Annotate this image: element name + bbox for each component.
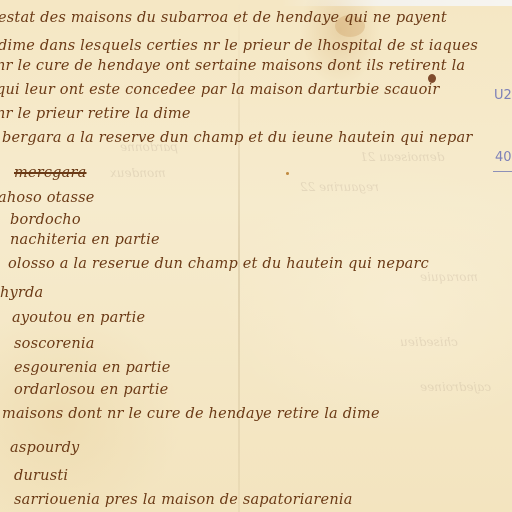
manuscript-line: sarriouenia pres la maison de sapatoriar… — [14, 492, 353, 508]
paper-top-edge — [0, 0, 512, 6]
manuscript-line: durusti — [14, 468, 68, 484]
reference-underline — [493, 171, 512, 172]
manuscript-line: bordocho — [10, 212, 81, 228]
manuscript-line: dime dans lesquels certies nr le prieur … — [0, 38, 478, 54]
ink-speck — [286, 172, 289, 175]
manuscript-line: hyrda — [0, 285, 43, 301]
reverse-bleed-through: chisedieu — [400, 335, 458, 349]
manuscript-line: soscorenia — [14, 336, 95, 352]
reference-number: 40 — [495, 150, 512, 165]
reverse-bleed-through: cajedroinee — [420, 380, 491, 394]
manuscript-line: ordarlosou en partie — [14, 382, 168, 398]
manuscript-line: maisons dont nr le cure de hendaye retir… — [2, 406, 380, 422]
manuscript-line: ayoutou en partie — [12, 310, 145, 326]
manuscript-line: olosso a la reserue dun champ et du haut… — [8, 256, 429, 272]
reverse-bleed-through: regaurine 22 — [300, 180, 379, 194]
manuscript-line: esgourenia en partie — [14, 360, 171, 376]
manuscript-line: nr le cure de hendaye ont sertaine maiso… — [0, 58, 465, 74]
reverse-bleed-through: demoiseau 21 — [360, 150, 444, 164]
manuscript-line: ahoso otasse — [0, 190, 95, 206]
manuscript-line: nachiteria en partie — [10, 232, 160, 248]
struck-line: mercgara — [14, 165, 87, 181]
manuscript-page: pardonne mondeux demoiseau 21 regaurine … — [0, 0, 512, 512]
manuscript-line: qui leur ont este concedee par la maison… — [0, 82, 439, 98]
manuscript-line: bergara a la reserve dun champ et du ieu… — [2, 130, 473, 146]
manuscript-line: aspourdy — [10, 440, 79, 456]
reverse-bleed-through: mondeux — [110, 166, 166, 180]
manuscript-line: estat des maisons du subarroa et de hend… — [0, 10, 447, 26]
reverse-bleed-through: moraquie — [420, 270, 478, 284]
manuscript-line: nr le prieur retire la dime — [0, 106, 191, 122]
pencil-margin-mark: U2 — [494, 88, 512, 103]
